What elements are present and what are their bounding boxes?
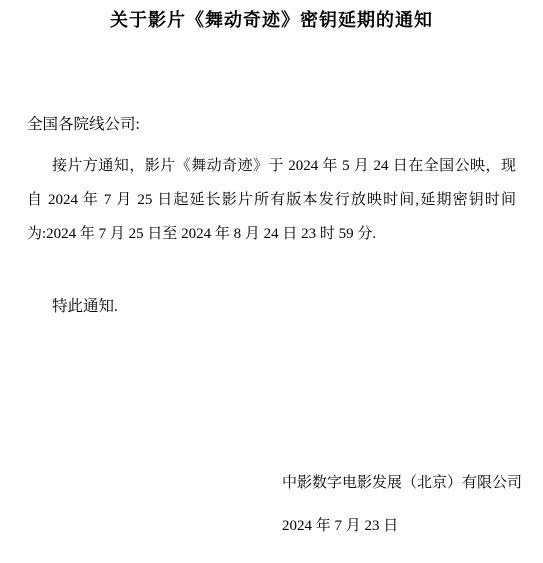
signature-date: 2024 年 7 月 23 日 [282, 514, 522, 535]
signature-block: 中影数字电影发展（北京）有限公司 2024 年 7 月 23 日 [282, 471, 522, 535]
signature-company: 中影数字电影发展（北京）有限公司 [282, 471, 522, 492]
salutation: 全国各院线公司: [27, 112, 515, 134]
body-paragraph: 接片方通知，影片《舞动奇迹》于 2024 年 5 月 24 日在全国公映，现自 … [27, 149, 516, 251]
closing-line: 特此通知. [27, 294, 118, 316]
document-title: 关于影片《舞动奇迹》密钥延期的通知 [0, 6, 543, 32]
notice-document: 关于影片《舞动奇迹》密钥延期的通知 全国各院线公司: 接片方通知，影片《舞动奇迹… [0, 0, 543, 563]
